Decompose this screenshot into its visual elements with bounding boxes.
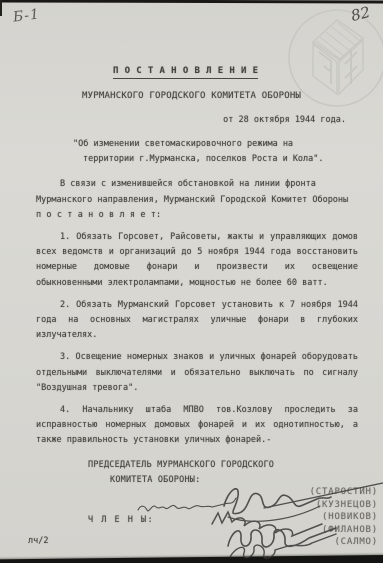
subject-line: "Об изменении светомаскировочного режима… xyxy=(36,137,358,167)
resolution-item-4: 4. Начальнику штаба МПВО тов.Козлову про… xyxy=(36,403,358,449)
preamble-line-2: Мурманского направления, Мурманский Горо… xyxy=(36,193,358,208)
resolution-item-1: 1. Обязать Горсовет, Райсоветы, жакты и … xyxy=(36,230,358,291)
document-title: П О С Т А Н О В Л Е Н И Е xyxy=(113,66,258,79)
subject-line-2: территории г.Мурманска, поселков Роста и… xyxy=(83,152,358,167)
document-header: П О С Т А Н О В Л Е Н И Е МУРМАНСКОГО ГО… xyxy=(0,58,383,125)
preamble-line-1: В связи с изменившейся обстановкой на ли… xyxy=(36,177,358,192)
archive-mark: Б-1 xyxy=(12,6,41,25)
issuing-organization: МУРМАНСКОГО ГОРОДСКОГО КОМИТЕТА ОБОРОНЫ xyxy=(82,91,383,101)
document-body: "Об изменении светомаскировочного режима… xyxy=(36,137,358,456)
preamble: В связи с изменившейся обстановкой на ли… xyxy=(36,177,358,223)
subject-line-1: "Об изменении светомаскировочного режима… xyxy=(73,137,358,152)
document-date: от 28 октября 1944 года. xyxy=(0,115,346,125)
resolution-item-3: 3. Освещение номерных знаков и уличных ф… xyxy=(36,350,358,396)
resolution-items: 1. Обязать Горсовет, Райсоветы, жакты и … xyxy=(36,230,358,449)
signatures-ink-icon xyxy=(0,460,383,563)
resolution-item-2: 2. Обязать Мурманский Горсовет установит… xyxy=(36,298,358,344)
signature-block: ПРЕДСЕДАТЕЛЬ МУРМАНСКОГО ГОРОДСКОГО КОМИ… xyxy=(0,460,383,485)
scan-edge-left xyxy=(0,0,2,16)
preamble-line-3: п о с т а н о в л я е т: xyxy=(36,208,358,223)
scanned-document-page: { "page": { "archive_mark_topleft": "Б-1… xyxy=(0,0,383,563)
